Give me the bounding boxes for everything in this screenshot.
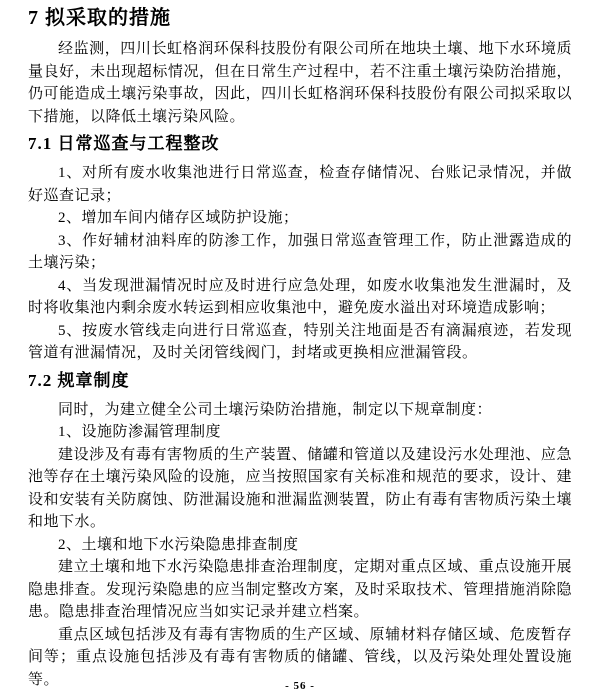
page-number: - 56 - [0, 680, 600, 692]
rule-1-body: 建设涉及有毒有害物质的生产装置、储罐和管道以及建设污水处理池、应急池等存在土壤污… [28, 444, 572, 534]
rule-2-body: 建立土壤和地下水污染隐患排查治理制度，定期对重点区域、重点设施开展隐患排查。发现… [28, 556, 572, 624]
list-item-2: 2、增加车间内储存区域防护设施； [28, 207, 572, 230]
rules-intro-paragraph: 同时，为建立健全公司土壤污染防治措施，制定以下规章制度： [28, 399, 572, 422]
intro-paragraph: 经监测，四川长虹格润环保科技股份有限公司所在地块土壤、地下水环境质量良好，未出现… [28, 38, 572, 128]
section-7-2-heading: 7.2 规章制度 [28, 369, 572, 393]
rule-1-title: 1、设施防渗漏管理制度 [28, 421, 572, 444]
list-item-3: 3、作好辅材油料库的防渗工作，加强日常巡查管理工作，防止泄露造成的土壤污染； [28, 230, 572, 275]
list-item-5: 5、按废水管线走向进行日常巡查，特别关注地面是否有滴漏痕迹，若发现管道有泄漏情况… [28, 320, 572, 365]
rule-2-title: 2、土壤和地下水污染隐患排查制度 [28, 534, 572, 557]
document-page: 7 拟采取的措施 经监测，四川长虹格润环保科技股份有限公司所在地块土壤、地下水环… [0, 0, 600, 696]
section-7-1-heading: 7.1 日常巡查与工程整改 [28, 132, 572, 156]
list-item-1: 1、对所有废水收集池进行日常巡查，检查存储情况、台账记录情况，并做好巡查记录； [28, 162, 572, 207]
chapter-heading: 7 拟采取的措施 [28, 5, 572, 32]
list-item-4: 4、当发现泄漏情况时应及时进行应急处理，如废水收集池发生泄漏时，及时将收集池内剩… [28, 275, 572, 320]
